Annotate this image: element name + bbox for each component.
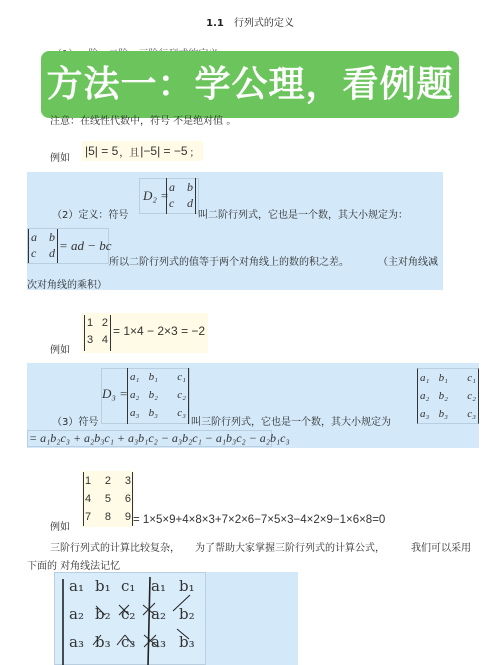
- matrix-cell: 3: [116, 472, 131, 490]
- diag-cell: c₂: [121, 605, 151, 623]
- paragraph-line1-part3: 我们可以采用: [411, 539, 471, 554]
- diag-cell: b₁: [179, 577, 207, 595]
- d2-note-part1: （主对角线减: [378, 253, 438, 268]
- d3-right-cell: b₂: [439, 387, 458, 405]
- matrix-cell: 3: [87, 332, 98, 349]
- section-number: 1.1: [206, 18, 224, 29]
- d3-right-matrix: a₁ b₁ c₁ a₂ b₂ c₂ a₃ b₃ c₃: [417, 368, 479, 424]
- diag-cell: a₃: [151, 633, 179, 651]
- diag-cell: a₁: [69, 577, 95, 595]
- diag-cell: b₃: [179, 633, 207, 651]
- matrix-cell: 5: [100, 490, 115, 508]
- d3-right-cell: c₃: [457, 405, 476, 423]
- d3-right-cell: a₁: [420, 369, 439, 387]
- definition-3-prefix: （3）符号: [52, 413, 98, 428]
- d3-right-cell: b₃: [439, 405, 458, 423]
- paragraph-line1-part1: 三阶行列式的计算比较复杂，: [50, 539, 180, 554]
- matrix-cell: 2: [98, 315, 109, 332]
- matrix-cell: 8: [100, 508, 115, 526]
- matrix-cell: 4: [98, 332, 109, 349]
- example-abs-expression: |5| = 5 ，且 |−5| = −5 ；: [82, 141, 203, 161]
- d3-right-cell: c₂: [457, 387, 476, 405]
- d3-matrix: a₁ b₁ c₁ a₂ b₂ c₂ a₃ b₃ c₃: [127, 368, 189, 424]
- d3-symbol: D₃ =: [102, 386, 128, 402]
- example-2-matrix: 1 2 3 4: [84, 315, 111, 351]
- matrix-cell: 6: [116, 490, 131, 508]
- d2-cell: c: [169, 195, 181, 211]
- example-2-rhs: = 1×4 − 2×3 = −2: [113, 324, 205, 338]
- matrix-cell: 1: [87, 315, 98, 332]
- note-text: 注意：在线性代数中，符号 不是绝对值 。: [50, 112, 236, 127]
- diagonal-grid: a₁ b₁ c₁ a₁ b₁ a₂ b₂ c₂ a₂ b₂ a₃ b₃ c₃ a…: [69, 577, 209, 651]
- formula-cell: d: [43, 245, 55, 261]
- formula-cell: b: [43, 229, 55, 245]
- banner-text: 方法一：学公理，看例题: [41, 51, 459, 118]
- d2-cell: a: [169, 179, 181, 195]
- diag-cell: a₃: [69, 633, 95, 651]
- matrix-cell: 7: [85, 508, 100, 526]
- title-banner: 方法一：学公理，看例题: [41, 51, 459, 118]
- d2-formula-rhs: = ad − bc: [59, 238, 112, 254]
- d3-cell: b₁: [149, 368, 168, 386]
- abs-end: ；: [190, 144, 200, 159]
- d2-formula-matrix: a b c d: [28, 229, 58, 263]
- abs-expr-2: |−5| = −5: [140, 144, 187, 158]
- example-3-label: 例如: [50, 518, 70, 533]
- section-title: 行列式的定义: [234, 18, 294, 29]
- diag-cell: b₃: [95, 633, 121, 651]
- diag-cell: a₂: [151, 605, 179, 623]
- diagonal-figure: a₁ b₁ c₁ a₁ b₁ a₂ b₂ c₂ a₂ b₂ a₃ b₃ c₃ a…: [54, 572, 206, 665]
- d3-right-cell: a₂: [420, 387, 439, 405]
- definition-2-suffix: 叫二阶行列式，它也是一个数，其大小规定为：: [198, 206, 408, 221]
- diag-cell: c₃: [121, 633, 151, 651]
- section-heading: 1.1行列式的定义: [0, 14, 500, 29]
- d3-cell: c₃: [167, 404, 186, 422]
- d3-formula: = a₁b₂c₃ + a₂b₃c₁ + a₃b₁c₂ − a₃b₂c₁ − a₁…: [27, 430, 272, 447]
- diag-cell: a₁: [151, 577, 179, 595]
- matrix-cell: 4: [85, 490, 100, 508]
- d2-cell: d: [181, 195, 193, 211]
- matrix-cell: 2: [100, 472, 115, 490]
- d3-cell: b₃: [149, 404, 168, 422]
- diag-cell: c₁: [121, 577, 151, 595]
- example-3-rhs: = 1×5×9+4×8×3+7×2×6−7×5×3−4×2×9−1×6×8=0: [133, 514, 385, 526]
- d3-cell: c₁: [167, 368, 186, 386]
- d3-right-cell: a₃: [420, 405, 439, 423]
- diag-cell: b₂: [95, 605, 121, 623]
- example-3-matrix: 1 2 3 4 5 6 7 8 9: [83, 472, 133, 526]
- d3-cell: a₃: [130, 404, 149, 422]
- example-label: 例如: [50, 149, 70, 164]
- matrix-cell: 9: [116, 508, 131, 526]
- d3-cell: a₂: [130, 386, 149, 404]
- diag-cell: b₁: [95, 577, 121, 595]
- d2-note-part2: 次对角线的乘积）: [27, 276, 107, 291]
- paragraph-line1-part2: 为了帮助大家掌握三阶行列式的计算公式，: [195, 539, 385, 554]
- d2-cell: b: [181, 179, 193, 195]
- matrix-cell: 1: [85, 472, 100, 490]
- abs-expr-1: |5| = 5: [85, 144, 118, 158]
- d2-explanation: 所以二阶行列式的值等于两个对角线上的数的积之差。: [109, 253, 349, 268]
- formula-cell: c: [31, 245, 43, 261]
- d3-right-cell: c₁: [457, 369, 476, 387]
- diag-cell: a₂: [69, 605, 95, 623]
- diag-cell: b₂: [179, 605, 207, 623]
- d2-matrix: a b c d: [166, 178, 196, 214]
- formula-cell: a: [31, 229, 43, 245]
- definition-2-prefix: （2）定义：符号: [52, 206, 128, 221]
- d3-cell: c₂: [167, 386, 186, 404]
- d3-right-cell: b₁: [439, 369, 458, 387]
- definition-3-suffix: 叫三阶行列式，它也是一个数，其大小规定为: [191, 413, 391, 428]
- abs-connector: ，且: [119, 144, 139, 159]
- d3-cell: b₂: [149, 386, 168, 404]
- d3-cell: a₁: [130, 368, 149, 386]
- example-2-label: 例如: [50, 341, 70, 356]
- paragraph-line2: 下面的 对角线法记忆: [27, 557, 120, 572]
